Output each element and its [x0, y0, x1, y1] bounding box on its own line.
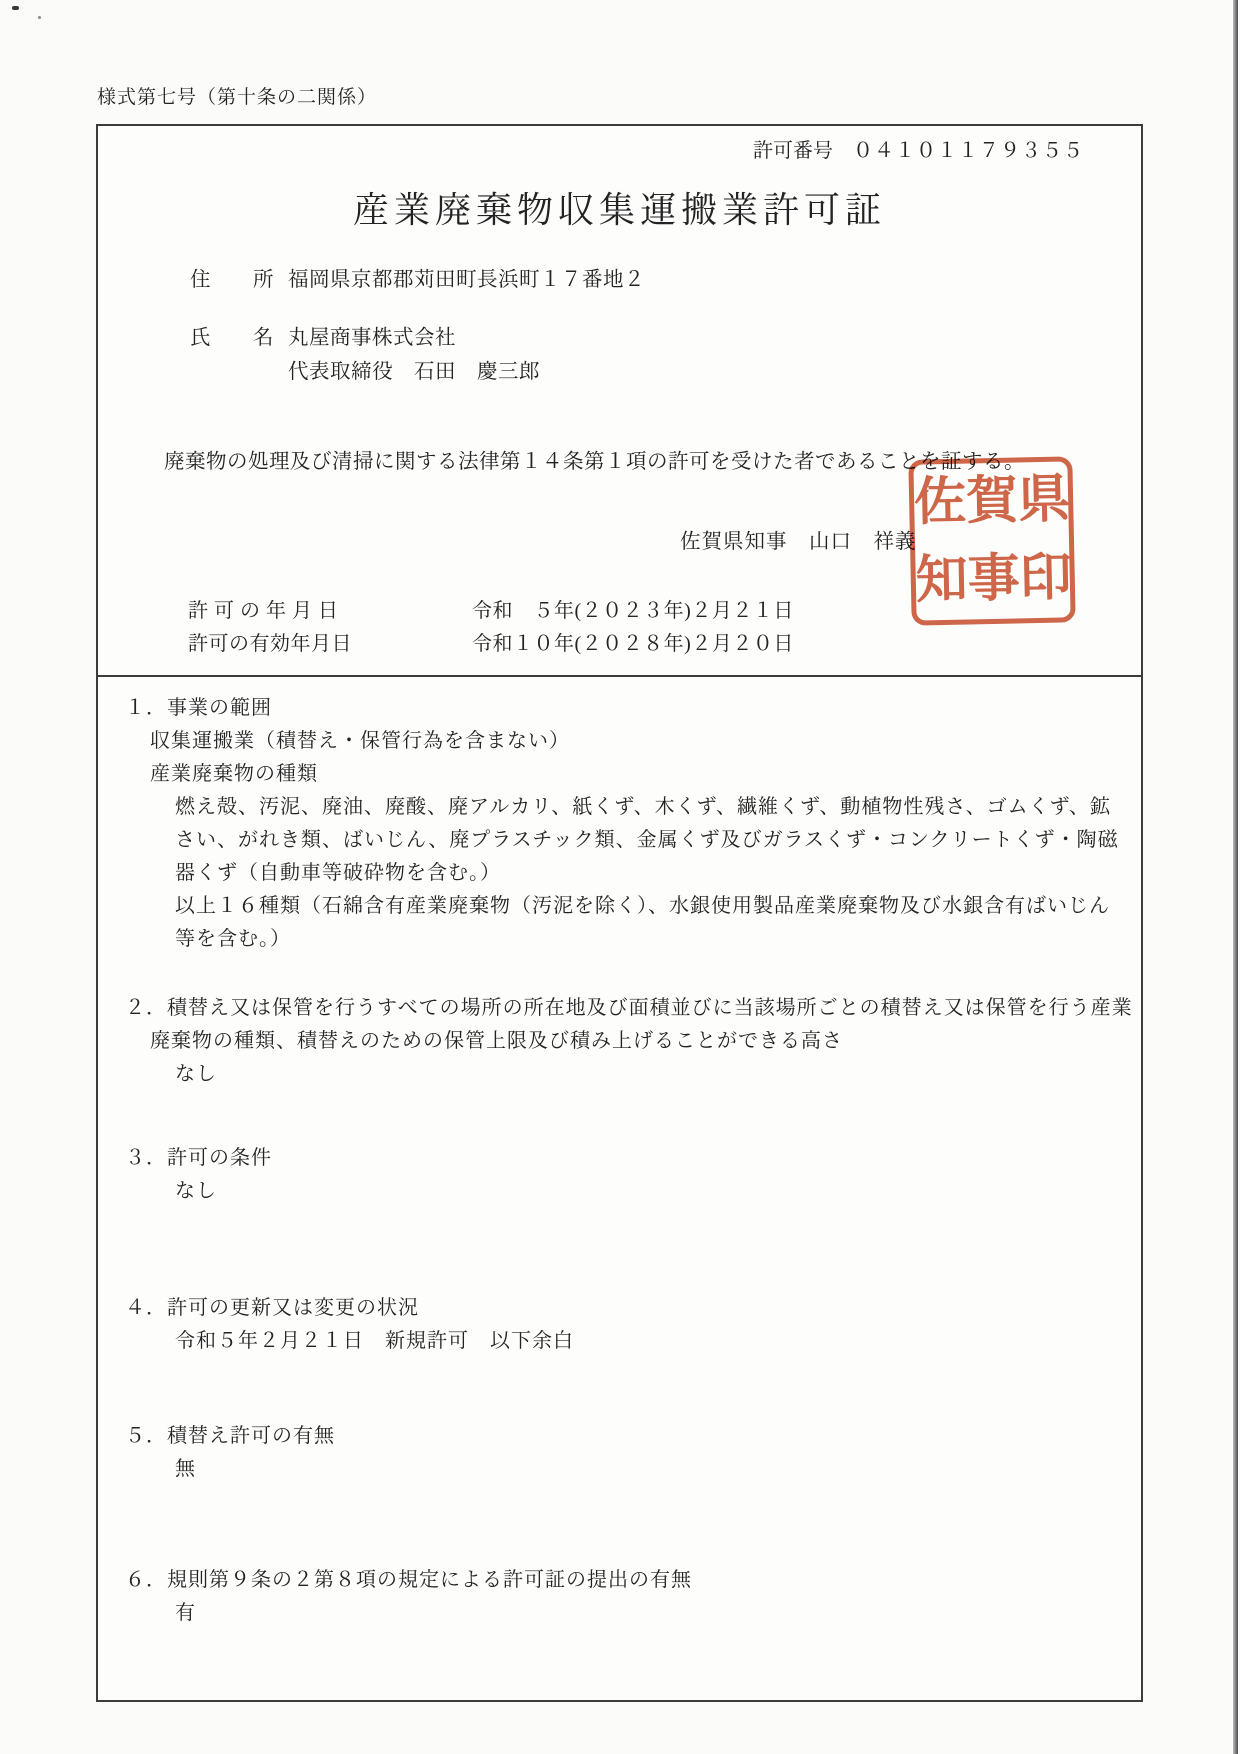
name-row: 氏 名丸屋商事株式会社 [190, 320, 456, 350]
seal-character: 佐 [913, 464, 967, 543]
section-line: さい、がれき類、ばいじん、廃プラスチック類、金属くず及びガラスくず・コンクリート… [98, 824, 1098, 857]
permit-date-label: 許 可 の 年 月 日 [188, 594, 339, 623]
section-line: 産業廃棄物の種類 [98, 758, 1098, 791]
section: ４．許可の更新又は変更の状況令和５年２月２１日 新規許可 以下余白 [98, 1292, 1098, 1358]
permit-number-value: ０４１０１１７９３５５ [853, 140, 1084, 162]
seal-character: 事 [967, 540, 1021, 619]
address-label: 住 所 [190, 262, 274, 292]
name-label: 氏 名 [190, 320, 274, 350]
section-line: 器くず（自動車等破砕物を含む。） [98, 857, 1098, 890]
section-line: 令和５年２月２１日 新規許可 以下余白 [98, 1325, 1098, 1358]
issuer-governor-name: 佐賀県知事 山口 祥義 [680, 524, 917, 554]
section: １．事業の範囲収集運搬業（積替え・保管行為を含まない）産業廃棄物の種類燃え殻、汚… [98, 692, 1098, 956]
section-line: 等を含む。） [98, 923, 1098, 956]
expiry-date-value: 令和１０年(２０２８年)２月２０日 [472, 627, 794, 656]
governor-seal-stamp: 佐賀県知事印 [908, 456, 1075, 625]
seal-character: 県 [1017, 461, 1071, 540]
company-name: 丸屋商事株式会社 [288, 327, 456, 349]
section-line: 収集運搬業（積替え・保管行為を含まない） [98, 725, 1098, 758]
scan-speck [38, 16, 41, 19]
address-row: 住 所福岡県京都郡苅田町長浜町１７番地２ [190, 262, 645, 292]
section-line: ６．規則第９条の２第８項の規定による許可証の提出の有無 [98, 1564, 1098, 1597]
seal-character: 知 [915, 542, 969, 621]
section-line: ５．積替え許可の有無 [98, 1420, 1098, 1453]
seal-character: 印 [1019, 539, 1073, 618]
section-line: 燃え殻、汚泥、廃油、廃酸、廃アルカリ、紙くず、木くず、繊維くず、動植物性残さ、ゴ… [98, 791, 1098, 824]
section: ６．規則第９条の２第８項の規定による許可証の提出の有無有 [98, 1564, 1098, 1630]
scanned-permit-page: 様式第七号（第十条の二関係） 許可番号０４１０１１７９３５５ 産業廃棄物収集運搬… [0, 0, 1240, 1754]
certification-statement: 廃棄物の処理及び清掃に関する法律第１４条第１項の許可を受けた者であることを証する… [164, 444, 1025, 474]
permit-number-row: 許可番号０４１０１１７９３５５ [753, 134, 1084, 163]
address-value: 福岡県京都郡苅田町長浜町１７番地２ [288, 269, 645, 291]
section-line: １．事業の範囲 [98, 692, 1098, 725]
scan-speck [12, 6, 19, 10]
section-line: 無 [98, 1453, 1098, 1486]
section-line: 廃棄物の種類、積替えのための保管上限及び積み上げることができる高さ [98, 1025, 1098, 1058]
section-line: 以上１６種類（石綿含有産業廃棄物（汚泥を除く）、水銀使用製品産業廃棄物及び水銀含… [98, 890, 1098, 923]
section-line: なし [98, 1175, 1098, 1208]
document-title: 産業廃棄物収集運搬業許可証 [98, 182, 1141, 233]
expiry-date-label: 許可の有効年月日 [188, 627, 352, 656]
section-line: ３．許可の条件 [98, 1142, 1098, 1175]
form-number-label: 様式第七号（第十条の二関係） [97, 82, 377, 109]
permit-document-border: 許可番号０４１０１１７９３５５ 産業廃棄物収集運搬業許可証 住 所福岡県京都郡苅… [96, 124, 1143, 1702]
section: ２．積替え又は保管を行うすべての場所の所在地及び面積並びに当該場所ごとの積替え又… [98, 992, 1098, 1091]
section-line: なし [98, 1058, 1098, 1091]
scan-edge-shadow [1233, 0, 1238, 1754]
section-line: ４．許可の更新又は変更の状況 [98, 1292, 1098, 1325]
permit-number-label: 許可番号 [753, 140, 833, 162]
representative-name: 代表取締役 石田 慶三郎 [288, 354, 540, 384]
section: ５．積替え許可の有無無 [98, 1420, 1098, 1486]
header-body-divider [96, 675, 1143, 677]
section-line: ２．積替え又は保管を行うすべての場所の所在地及び面積並びに当該場所ごとの積替え又… [98, 992, 1098, 1025]
permit-date-value: 令和 ５年(２０２３年)２月２１日 [472, 594, 794, 623]
seal-character: 賀 [965, 462, 1019, 541]
section: ３．許可の条件なし [98, 1142, 1098, 1208]
section-line: 有 [98, 1597, 1098, 1630]
